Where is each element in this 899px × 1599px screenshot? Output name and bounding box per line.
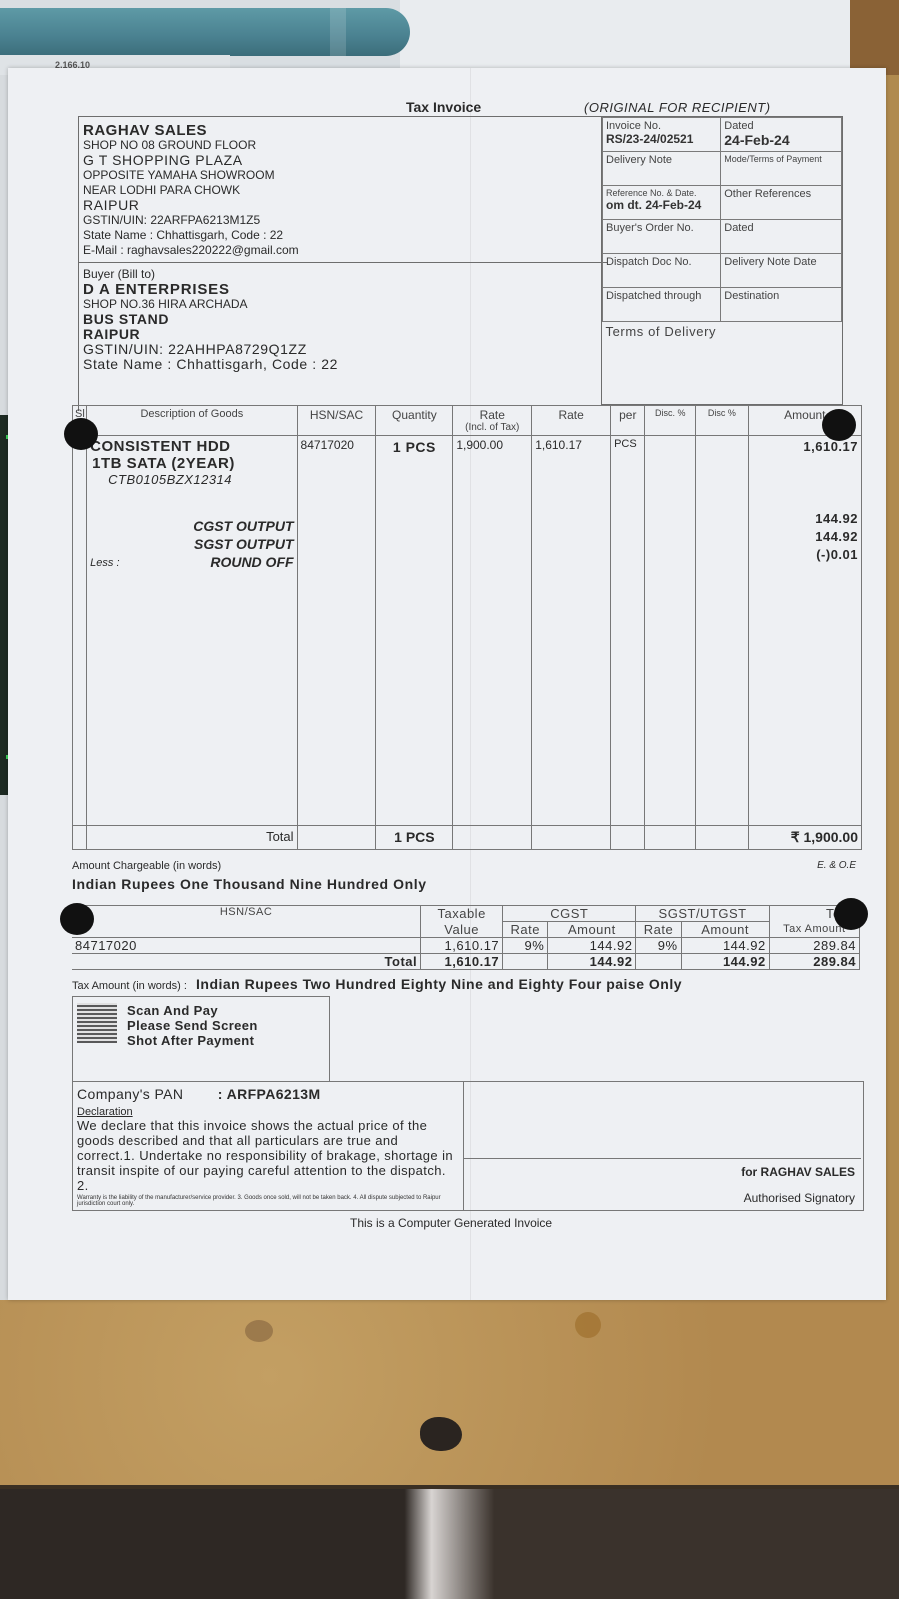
item-description: CONSISTENT HDD: [90, 438, 293, 455]
buyer-gstin: GSTIN/UIN: 22AHHPA8729Q1ZZ: [83, 342, 603, 357]
delivery-note-label: Delivery Note: [603, 152, 721, 186]
mode-terms-label: Mode/Terms of Payment: [721, 152, 842, 186]
seller-email: E-Mail : raghavsales220222@gmail.com: [83, 243, 603, 258]
delivery-note-date-label: Delivery Note Date: [721, 254, 842, 288]
sgst-rate: 9%: [636, 938, 681, 954]
punch-hole: [834, 898, 868, 930]
eoe-label: E. & O.E: [817, 860, 856, 871]
invoice-paper: Tax Invoice (ORIGINAL FOR RECIPIENT) RAG…: [8, 68, 886, 1300]
items-header-row: Sl Description of Goods HSN/SAC Quantity…: [73, 406, 862, 436]
hsn-code: 84717020: [72, 938, 421, 954]
computer-generated-note: This is a Computer Generated Invoice: [350, 1216, 552, 1230]
seller-gstin: GSTIN/UIN: 22ARFPA6213M1Z5: [83, 213, 603, 228]
hsn-total-cgst: 144.92: [548, 954, 636, 970]
fine-print: Warranty is the liability of the manufac…: [77, 1195, 457, 1207]
table-row: 84717020 1,610.17 9% 144.92 9% 144.92 28…: [72, 938, 860, 954]
tax-line-amount: 144.92: [752, 528, 858, 546]
reference-cell: Reference No. & Date. om dt. 24-Feb-24: [603, 186, 721, 220]
cgst-amount: 144.92: [548, 938, 636, 954]
header-rate-incl: Rate (Incl. of Tax): [453, 406, 532, 436]
item-hsn: 84717020: [297, 436, 376, 826]
buyer-label: Buyer (Bill to): [83, 267, 603, 282]
desk-burn-mark: [420, 1417, 462, 1451]
total-amount: ₹ 1,900.00: [748, 826, 861, 850]
item-description-cell: CONSISTENT HDD 1TB SATA (2YEAR) CTB0105B…: [87, 436, 297, 826]
seller-address-line: G T SHOPPING PLAZA: [83, 153, 603, 168]
total-quantity: 1 PCS: [376, 826, 453, 850]
item-disc1: [645, 436, 696, 826]
hsn-summary-table: HSN/SAC Taxable CGST SGST/UTGST Total Va…: [72, 905, 860, 970]
destination-label: Destination: [721, 288, 842, 322]
total-tax: 289.84: [769, 938, 859, 954]
hsn-total-tax: 289.84: [769, 954, 859, 970]
item-per: PCS: [611, 436, 645, 826]
qr-text: Scan And Pay Please Send Screen Shot Aft…: [127, 1003, 258, 1048]
cgst-header: CGST: [503, 906, 636, 922]
amount-words-label: Amount Chargeable (in words): [72, 860, 858, 872]
items-table: Sl Description of Goods HSN/SAC Quantity…: [72, 405, 862, 850]
dispatched-through-label: Dispatched through: [603, 288, 721, 322]
header-per: per: [611, 406, 645, 436]
hsn-total-label: Total: [72, 954, 421, 970]
tax-line-amount: 144.92: [752, 510, 858, 528]
sgst-rate-header: Rate: [636, 922, 681, 938]
reference-value: om dt. 24-Feb-24: [606, 198, 717, 212]
item-rate-incl: 1,900.00: [453, 436, 532, 826]
amount-words: Indian Rupees One Thousand Nine Hundred …: [72, 876, 858, 892]
sgst-header: SGST/UTGST: [636, 906, 769, 922]
sgst-amount-header: Amount: [681, 922, 769, 938]
item-quantity: 1 PCS: [376, 436, 453, 826]
hsn-total-taxable: 1,610.17: [421, 954, 503, 970]
invoice-date: 24-Feb-24: [724, 132, 838, 148]
seller-address-line: NEAR LODHI PARA CHOWK: [83, 183, 603, 198]
header-disc1: Disc. %: [645, 406, 696, 436]
other-references-label: Other References: [721, 186, 842, 220]
taxable-value: 1,610.17: [421, 938, 503, 954]
hsn-total-row: Total 1,610.17 144.92 144.92 289.84: [72, 954, 860, 970]
seller-state: State Name : Chhattisgarh, Code : 22: [83, 228, 603, 243]
invoice-meta: Invoice No. RS/23-24/02521 Dated 24-Feb-…: [601, 116, 843, 405]
buyer-state: State Name : Chhattisgarh, Code : 22: [83, 357, 603, 372]
qr-text-line: Shot After Payment: [127, 1033, 258, 1048]
signature-block: for RAGHAV SALES Authorised Signatory: [463, 1158, 861, 1209]
item-disc2: [696, 436, 749, 826]
header-description: Description of Goods: [87, 406, 297, 436]
seller-address-line: OPPOSITE YAMAHA SHOWROOM: [83, 168, 603, 183]
tax-words-label: Tax Amount (in words) :: [72, 980, 187, 992]
dated-cell: Dated 24-Feb-24: [721, 118, 842, 152]
buyer-address-line: SHOP NO.36 HIRA ARCHADA: [83, 297, 603, 312]
background-paper: [400, 0, 850, 72]
cgst-rate: 9%: [503, 938, 548, 954]
seller-name: RAGHAV SALES: [83, 123, 603, 138]
buyer-address-line: RAIPUR: [83, 327, 603, 342]
item-amount-cell: 1,610.17 144.92 144.92 (-)0.01: [748, 436, 861, 826]
buyer-address-line: BUS STAND: [83, 312, 603, 327]
amount-in-words: Amount Chargeable (in words) Indian Rupe…: [72, 860, 858, 892]
qr-text-line: Please Send Screen: [127, 1018, 258, 1033]
buyers-order-label: Buyer's Order No.: [603, 220, 721, 254]
invoice-number-label: Invoice No.: [606, 120, 717, 132]
pan-label: Company's PAN: [77, 1086, 183, 1102]
pen-ring: [330, 8, 346, 56]
desk-surface: [0, 1300, 899, 1490]
qr-text-line: Scan And Pay: [127, 1003, 258, 1018]
hsn-header: HSN/SAC: [72, 906, 421, 938]
cgst-rate-header: Rate: [503, 922, 548, 938]
invoice-number: RS/23-24/02521: [606, 132, 717, 146]
header-rate: Rate: [532, 406, 611, 436]
invoice-number-cell: Invoice No. RS/23-24/02521: [603, 118, 721, 152]
seller-address-line: SHOP NO 08 GROUND FLOOR: [83, 138, 603, 153]
punch-hole: [60, 903, 94, 935]
items-total-row: Total 1 PCS ₹ 1,900.00: [73, 826, 862, 850]
punch-hole: [822, 409, 856, 441]
for-company: for RAGHAV SALES: [741, 1165, 855, 1179]
tax-words: Indian Rupees Two Hundred Eighty Nine an…: [196, 976, 682, 992]
dispatch-doc-label: Dispatch Doc No.: [603, 254, 721, 288]
copy-label: (ORIGINAL FOR RECIPIENT): [584, 100, 771, 115]
tax-line-amount: (-)0.01: [752, 546, 858, 564]
item-serial: CTB0105BZX12314: [90, 472, 293, 487]
tax-line-label: CGST OUTPUT: [90, 517, 293, 535]
hsn-total-sgst: 144.92: [681, 954, 769, 970]
cloth-foreground: [0, 1485, 899, 1599]
dated-label: Dated: [724, 120, 838, 132]
pan-value: : ARFPA6213M: [218, 1086, 321, 1102]
qr-code-icon[interactable]: [77, 1003, 117, 1043]
taxable-header-2: Value: [421, 922, 503, 938]
terms-of-delivery-label: Terms of Delivery: [603, 322, 842, 401]
total-label: Total: [87, 826, 297, 850]
item-rate: 1,610.17: [532, 436, 611, 826]
item-sl: 1: [73, 436, 87, 826]
header-hsn: HSN/SAC: [297, 406, 376, 436]
tax-line-label: SGST OUTPUT: [90, 535, 293, 553]
header-quantity: Quantity: [376, 406, 453, 436]
pen: [0, 8, 410, 56]
tax-line-label: ROUND OFF: [210, 554, 293, 570]
cgst-amount-header: Amount: [548, 922, 636, 938]
desk-stain: [245, 1320, 273, 1342]
tax-line-prefix: Less :: [90, 554, 119, 572]
header-rate-incl-sub: (Incl. of Tax): [455, 422, 529, 433]
sgst-amount: 144.92: [681, 938, 769, 954]
desk-stain: [575, 1312, 601, 1338]
declaration: Declaration We declare that this invoice…: [77, 1106, 457, 1207]
company-pan: Company's PAN : ARFPA6213M: [77, 1086, 321, 1102]
invoice-footer: Company's PAN : ARFPA6213M Declaration W…: [72, 1081, 864, 1211]
seller-address-line: RAIPUR: [83, 198, 603, 213]
declaration-text: We declare that this invoice shows the a…: [77, 1118, 457, 1193]
buyer-block: Buyer (Bill to) D A ENTERPRISES SHOP NO.…: [78, 262, 607, 411]
order-dated-label: Dated: [721, 220, 842, 254]
tax-amount-in-words: Tax Amount (in words) : Indian Rupees Tw…: [72, 976, 858, 992]
taxable-header: Taxable: [421, 906, 503, 922]
invoice-title: Tax Invoice: [406, 99, 481, 115]
declaration-label: Declaration: [77, 1106, 457, 1118]
header-rate-incl-label: Rate: [455, 408, 529, 422]
header-disc2: Disc %: [696, 406, 749, 436]
reference-label: Reference No. & Date.: [606, 188, 717, 198]
payment-qr-block: Scan And Pay Please Send Screen Shot Aft…: [72, 996, 330, 1082]
authorised-signatory: Authorised Signatory: [744, 1191, 855, 1205]
table-row: 1 CONSISTENT HDD 1TB SATA (2YEAR) CTB010…: [73, 436, 862, 826]
item-description: 1TB SATA (2YEAR): [90, 455, 293, 472]
punch-hole: [64, 418, 98, 450]
buyer-name: D A ENTERPRISES: [83, 282, 603, 297]
